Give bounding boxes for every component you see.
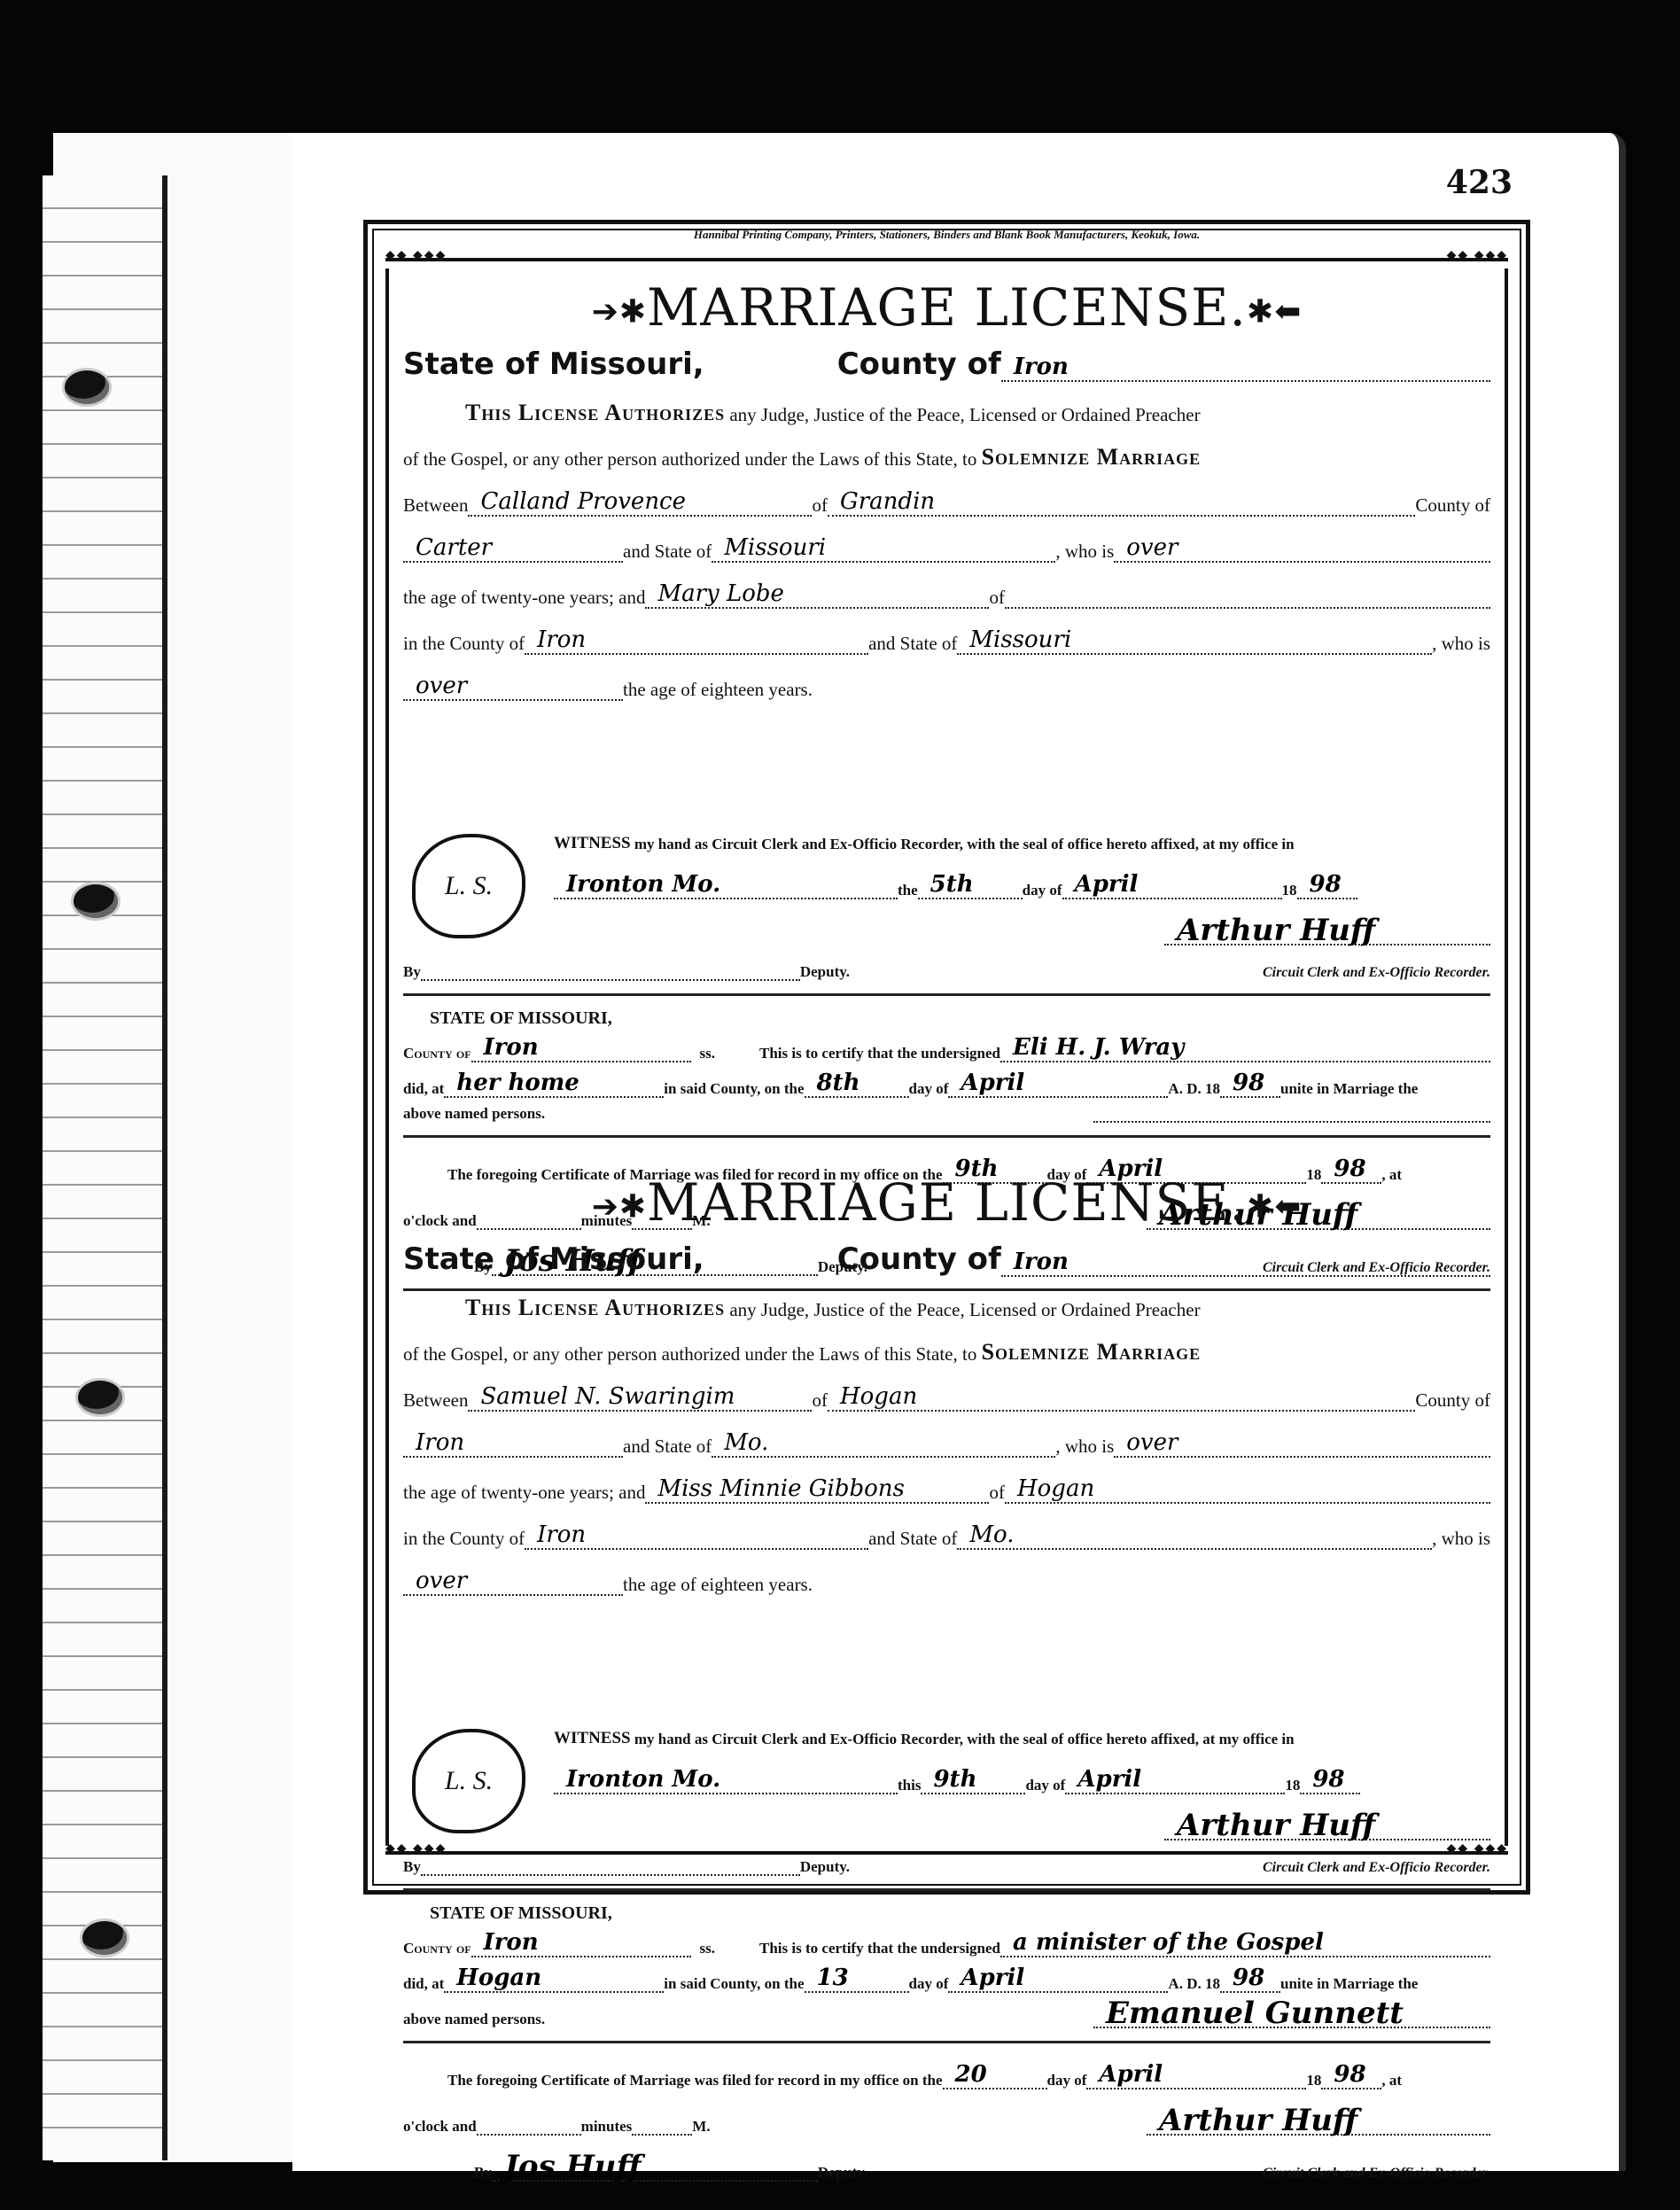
page-number: 423: [1446, 164, 1513, 201]
arrow-ornament-icon: ✱⬅: [1247, 293, 1302, 330]
bride-name-field: Mary Lobe: [645, 580, 989, 609]
license-title: ➔✱MARRIAGE LICENSE.✱⬅: [403, 277, 1490, 338]
clerk-signature: Arthur Huff: [1164, 1812, 1490, 1840]
cert-county-field: Iron: [471, 1034, 691, 1062]
marriage-place-field: her home: [444, 1070, 664, 1098]
groom-name-field: Calland Provence: [468, 488, 812, 517]
witness-year-field: 98: [1300, 1766, 1360, 1794]
filed-clerk-signature: Arthur Huff: [1147, 2107, 1490, 2136]
groom-residence-field: Grandin: [828, 488, 1415, 517]
binder-hole: [74, 884, 118, 918]
state-county-line: State of Missouri, County of Iron: [403, 346, 1490, 382]
marriage-license-1: ➔✱MARRIAGE LICENSE.✱⬅ State of Missouri,…: [403, 277, 1490, 1303]
marriage-day-field: 13: [805, 1965, 909, 1993]
deputy-field: [421, 1874, 800, 1876]
divider: [403, 1888, 1490, 1891]
seal-icon: L. S.: [412, 834, 525, 938]
filed-year-field: 98: [1321, 2061, 1381, 2089]
bride-residence-field: [1005, 607, 1490, 609]
license-county-field: Iron: [1001, 354, 1490, 382]
ornament-border-top: [385, 258, 1508, 261]
ornament-border-left: [385, 268, 389, 1846]
ledger-page: 423 Hannibal Printing Company, Printers,…: [292, 133, 1626, 2171]
witness-month-field: April: [1065, 1766, 1285, 1794]
divider: [403, 993, 1490, 996]
witness-block: L. S. WITNESS my hand as Circuit Clerk a…: [403, 834, 1490, 981]
marriage-year-field: 98: [1220, 1070, 1280, 1098]
deputy-field: [421, 979, 800, 981]
groom-age-field: over: [1114, 1429, 1490, 1458]
witness-month-field: April: [1062, 871, 1282, 899]
bride-name-field: Miss Minnie Gibbons: [645, 1475, 989, 1504]
arrow-ornament-icon: ➔✱: [592, 1188, 647, 1225]
officiant-field: Eli H. J. Wray: [1000, 1034, 1490, 1062]
groom-state-field: Missouri: [712, 534, 1055, 563]
license-county-field: Iron: [1001, 1249, 1490, 1277]
binder-hole: [78, 1381, 122, 1414]
witness-place-field: Ironton Mo.: [554, 871, 898, 899]
bride-state-field: Missouri: [957, 626, 1432, 655]
license-title: ➔✱MARRIAGE LICENSE.✱⬅: [403, 1172, 1490, 1233]
binder-hole: [82, 1921, 127, 1955]
marriage-license-2: ➔✱MARRIAGE LICENSE.✱⬅ State of Missouri,…: [403, 1172, 1490, 2182]
marriage-day-field: 8th: [805, 1070, 909, 1098]
seal-icon: L. S.: [412, 1729, 525, 1833]
witness-day-field: 9th: [921, 1766, 1025, 1794]
license-form-frame: Hannibal Printing Company, Printers, Sta…: [363, 220, 1530, 1895]
arrow-ornament-icon: ➔✱: [592, 293, 647, 330]
witness-year-field: 98: [1297, 871, 1357, 899]
filed-month-field: April: [1086, 2061, 1306, 2089]
bride-state-field: Mo.: [957, 1521, 1432, 1550]
officiant-field: a minister of the Gospel: [1000, 1929, 1490, 1957]
divider: [403, 2041, 1490, 2043]
filed-deputy-signature: Jos Huff: [492, 2153, 818, 2182]
cert-county-field: Iron: [471, 1929, 691, 1957]
state-county-line: State of Missouri, County of Iron: [403, 1241, 1490, 1277]
marriage-certificate-2: STATE OF MISSOURI, County of Iron ss. Th…: [403, 1903, 1490, 2182]
ornament-border-right: [1505, 268, 1508, 1846]
witness-day-field: 5th: [918, 871, 1023, 899]
groom-residence-field: Hogan: [828, 1383, 1415, 1412]
groom-county-field: Carter: [403, 534, 623, 563]
witness-place-field: Ironton Mo.: [554, 1766, 898, 1794]
bride-age-field: over: [403, 673, 623, 701]
officiant-signature: Emanuel Gunnett: [1093, 2000, 1490, 2028]
printer-imprint: Hannibal Printing Company, Printers, Sta…: [368, 228, 1526, 242]
witness-block: L. S. WITNESS my hand as Circuit Clerk a…: [403, 1729, 1490, 1876]
marriage-year-field: 98: [1220, 1965, 1280, 1993]
clerk-signature: Arthur Huff: [1164, 917, 1490, 945]
marriage-place-field: Hogan: [444, 1965, 664, 1993]
officiant-signature: [1093, 1121, 1490, 1123]
binder-hole: [65, 370, 109, 404]
groom-state-field: Mo.: [712, 1429, 1055, 1458]
divider: [403, 1135, 1490, 1138]
marriage-month-field: April: [948, 1965, 1168, 1993]
groom-county-field: Iron: [403, 1429, 623, 1458]
bride-residence-field: Hogan: [1005, 1475, 1490, 1504]
bride-county-field: Iron: [525, 1521, 868, 1550]
marriage-month-field: April: [948, 1070, 1168, 1098]
groom-name-field: Samuel N. Swaringim: [468, 1383, 812, 1412]
bride-county-field: Iron: [525, 626, 868, 655]
filed-day-field: 20: [943, 2061, 1047, 2089]
bride-age-field: over: [403, 1568, 623, 1596]
groom-age-field: over: [1114, 534, 1490, 563]
ledger-index-strip: [43, 175, 167, 2160]
arrow-ornament-icon: ✱⬅: [1247, 1188, 1302, 1225]
